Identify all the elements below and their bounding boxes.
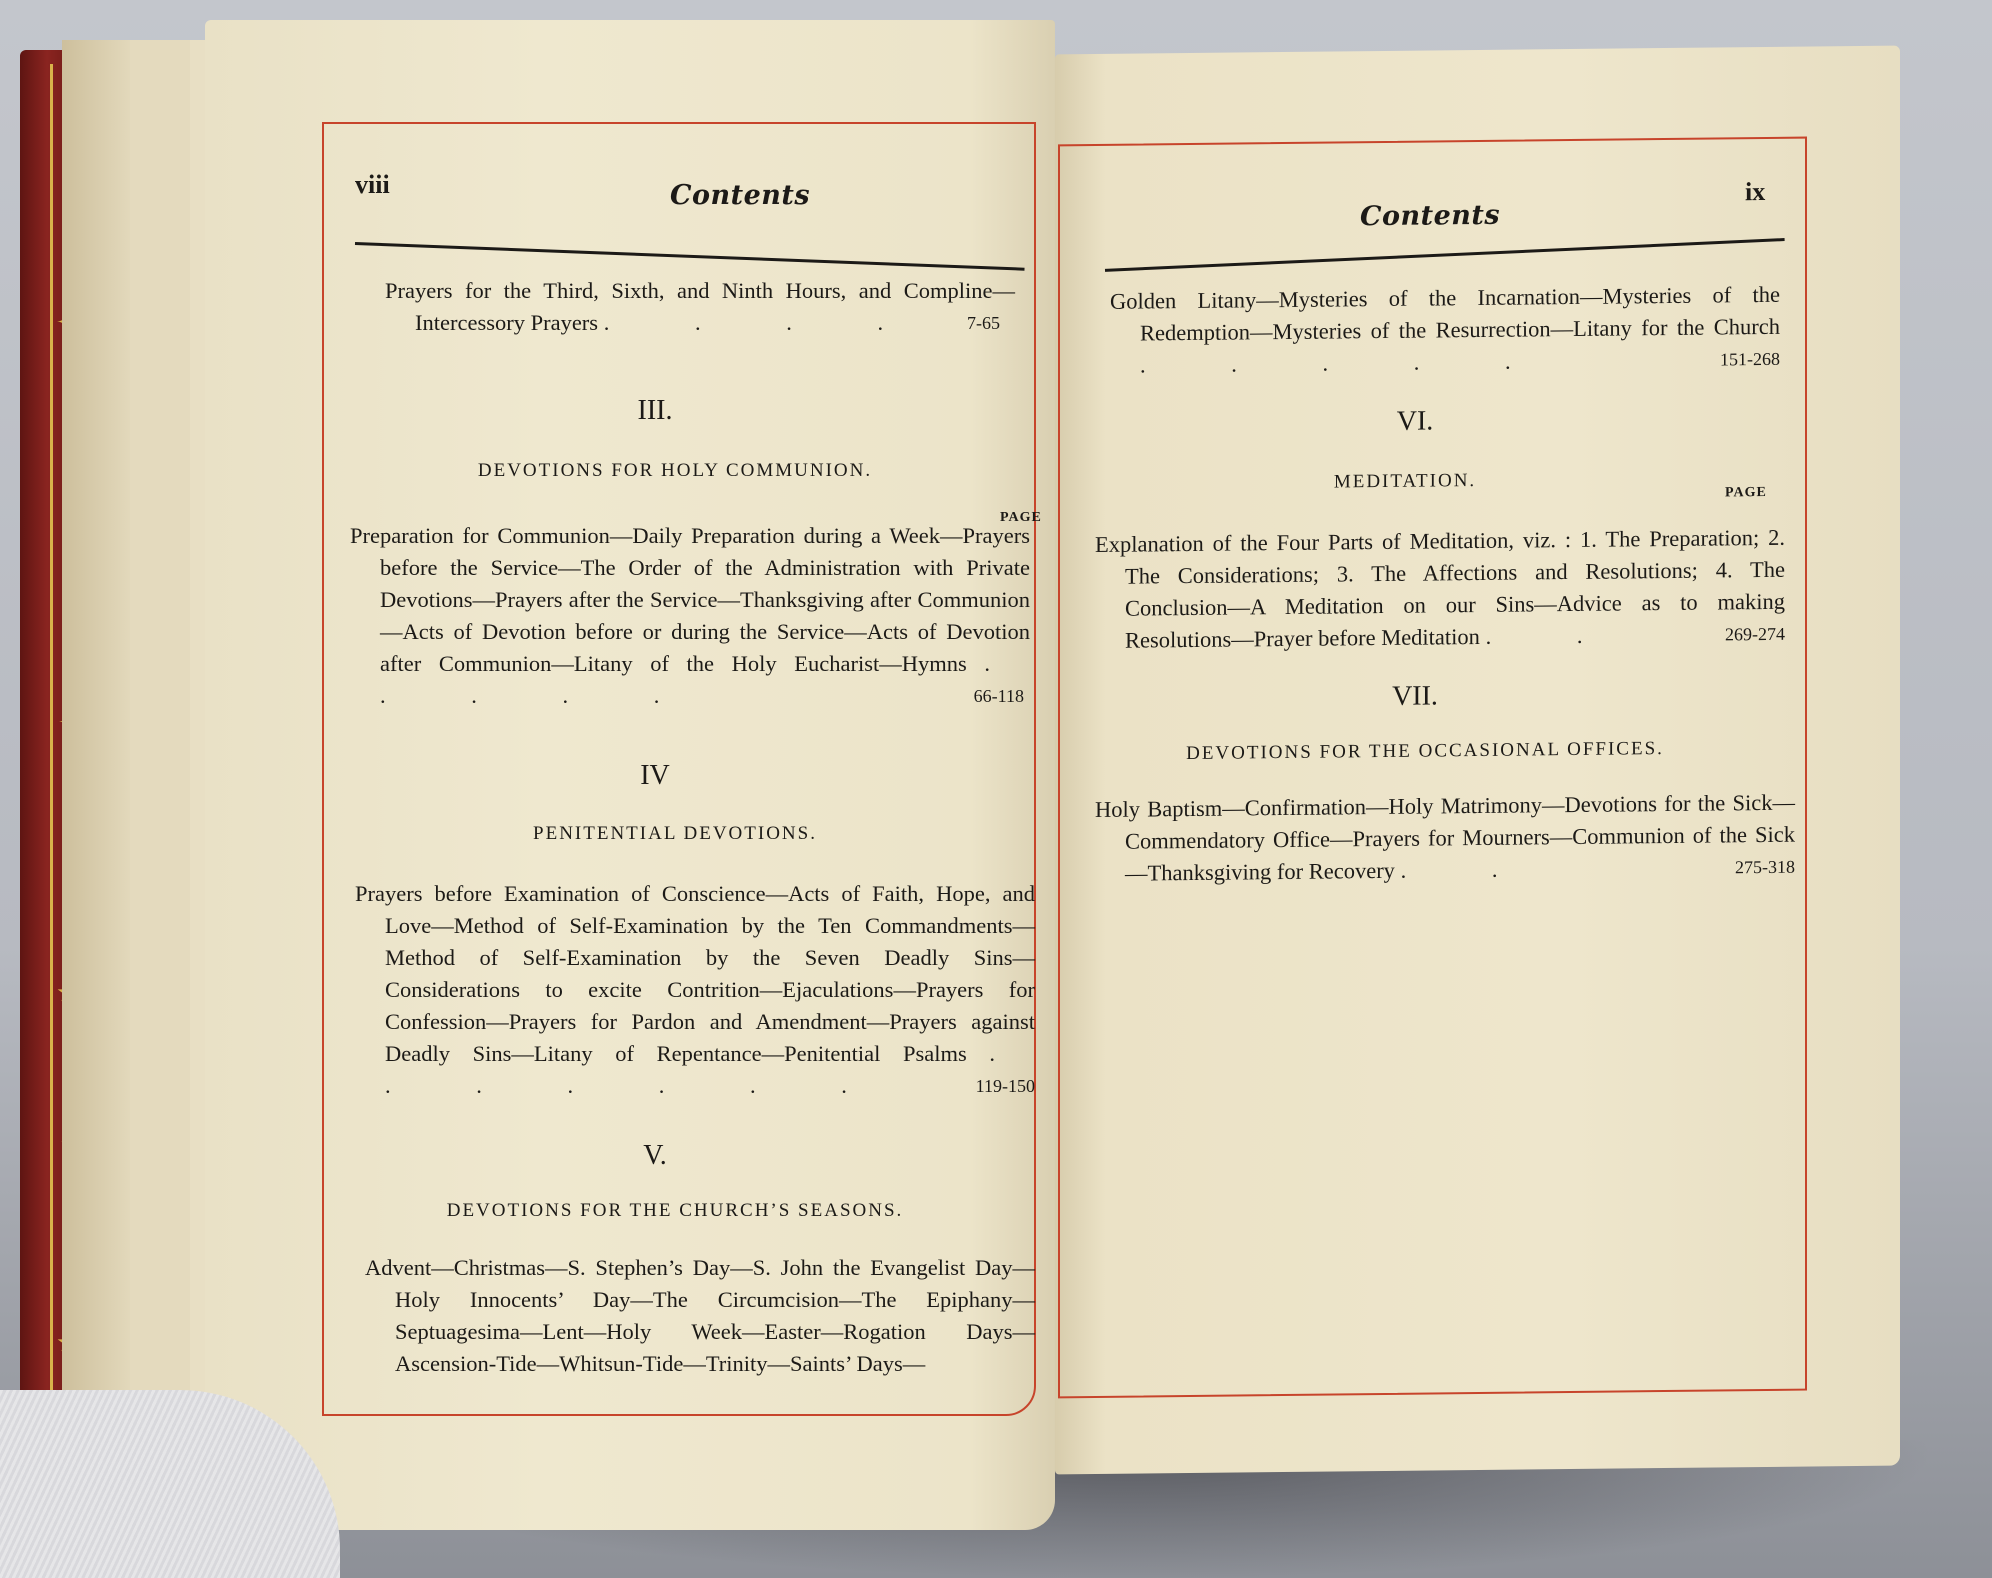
section-numeral: IV (565, 760, 745, 792)
page-range: 269-274 (1755, 618, 1785, 650)
page-range: 151-268 (1750, 343, 1780, 375)
running-head: Contents (1360, 200, 1500, 232)
left-page: viii Contents Prayers for the Third, Six… (205, 20, 1055, 1530)
section-numeral: VI. (1355, 405, 1475, 438)
page-range: 275-318 (1765, 851, 1795, 883)
toc-entry: Prayers before Examination of Conscience… (355, 878, 1035, 1102)
section-title: Devotions for Holy Communion. (355, 460, 995, 482)
toc-entry: Prayers for the Third, Sixth, and Ninth … (385, 275, 1015, 339)
toc-entry: Golden Litany—Mysteries of the Incarnati… (1110, 279, 1780, 382)
section-title: Devotions for the Church’s Seasons. (355, 1200, 995, 1222)
gilt-rule (50, 64, 53, 1466)
right-page: ix Contents Golden Litany—Mysteries of t… (1055, 46, 1900, 1475)
toc-entry: Holy Baptism—Confirmation—Holy Matrimony… (1095, 787, 1795, 890)
section-numeral: VII. (1355, 680, 1475, 713)
toc-entry: Explanation of the Four Parts of Meditat… (1095, 522, 1785, 657)
folio: ix (1745, 177, 1765, 207)
page-label: PAGE (1725, 485, 1767, 501)
folio: viii (355, 170, 390, 200)
section-title: Penitential Devotions. (355, 823, 995, 845)
page-range: 66-118 (1004, 680, 1030, 712)
toc-entry: Advent—Christmas—S. Stephen’s Day—S. Joh… (365, 1252, 1035, 1380)
page-range: 119-150 (1006, 1070, 1035, 1102)
flyleaf (62, 40, 133, 1520)
running-head: Contents (670, 180, 810, 211)
toc-entry: Preparation for Communion—Daily Preparat… (350, 520, 1030, 712)
section-numeral: V. (565, 1140, 745, 1172)
page-range: 7-65 (997, 307, 1015, 339)
section-numeral: III. (565, 395, 745, 427)
